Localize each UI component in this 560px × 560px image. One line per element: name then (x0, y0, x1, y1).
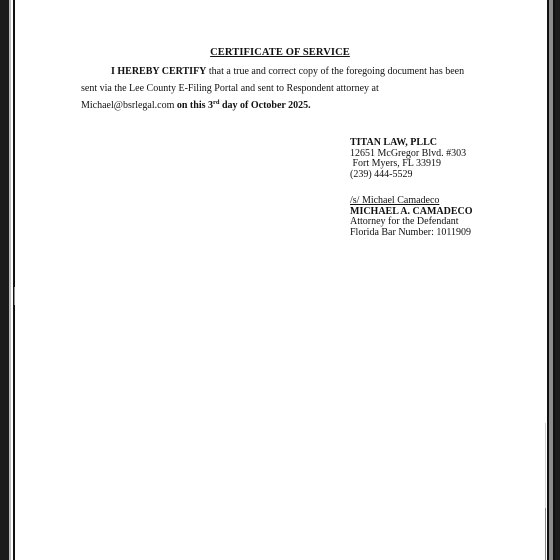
page-scroll-thumb[interactable] (545, 508, 546, 560)
page-left-border (13, 0, 15, 560)
certify-line-1-text: that a true and correct copy of the fore… (206, 66, 464, 77)
firm-block: TITAN LAW, PLLC 12651 McGregor Blvd. #30… (350, 138, 466, 180)
viewer-right-edge (555, 0, 560, 560)
firm-phone: (239) 444-5529 (350, 170, 466, 181)
firm-address-line-2: Fort Myers, FL 33919 (350, 159, 466, 170)
certify-line-3: Michael@bsrlegal.com on this 3rd day of … (81, 101, 311, 111)
service-date-suffix: day of October 2025. (219, 100, 310, 111)
certify-statement: I HEREBY CERTIFY (111, 66, 206, 77)
certify-line-1: I HEREBY CERTIFY that a true and correct… (111, 67, 464, 77)
service-date-prefix: on this 3 (174, 100, 213, 111)
certificate-title: CERTIFICATE OF SERVICE (0, 48, 560, 59)
attorney-role: Attorney for the Defendant (350, 217, 473, 228)
page-margin-mark (14, 287, 15, 305)
electronic-signature: /s/ Michael Camadeco (350, 196, 473, 207)
firm-name: TITAN LAW, PLLC (350, 138, 466, 149)
recipient-email: Michael@bsrlegal.com (81, 100, 174, 111)
document-viewer: CERTIFICATE OF SERVICE I HEREBY CERTIFY … (0, 0, 560, 560)
bar-number: Florida Bar Number: 1011909 (350, 228, 473, 239)
certify-line-2: sent via the Lee County E-Filing Portal … (81, 84, 379, 94)
signature-block: /s/ Michael Camadeco MICHAEL A. CAMADECO… (350, 196, 473, 238)
